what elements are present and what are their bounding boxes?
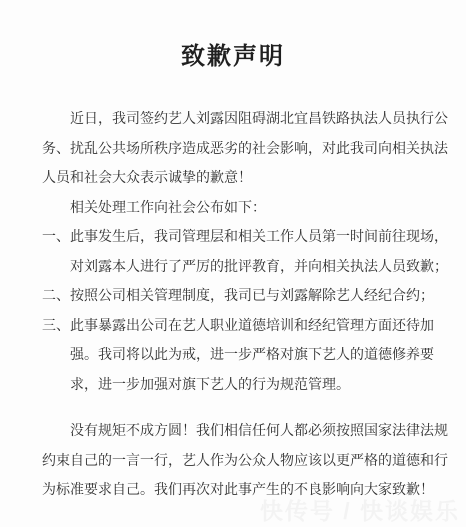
- document-title: 致歉声明: [0, 40, 466, 74]
- text-line: 强。我司将以此为戒，进一步严格对旗下艺人的道德修养要: [42, 340, 450, 370]
- text-line: 人员和社会大众表示诚挚的歉意！: [42, 163, 450, 193]
- paragraph: 没有规矩不成方圆！我们相信任何人都必须按照国家法律法规约束自己的一言一行，艺人作…: [42, 416, 450, 505]
- list-item: 一、此事发生后，我司管理层和相关工作人员第一时间前往现场，对刘露本人进行了严厉的…: [42, 222, 450, 281]
- text-line: 为标准要求自己。我们再次对此事产生的不良影响向大家致歉！: [42, 475, 450, 505]
- paragraph: 相关处理工作向社会公布如下：: [42, 193, 450, 223]
- list-item: 三、此事暴露出公司在艺人职业道德培训和经纪管理方面还待加强。我司将以此为戒，进一…: [42, 311, 450, 400]
- document-body: 近日，我司签约艺人刘露因阻碍湖北宜昌铁路执法人员执行公务、扰乱公共场所秩序造成恶…: [0, 104, 466, 505]
- text-line: 求，进一步加强对旗下艺人的行为规范管理。: [42, 370, 450, 400]
- text-line: 近日，我司签约艺人刘露因阻碍湖北宜昌铁路执法人员执行公: [42, 104, 450, 134]
- text-line: 一、此事发生后，我司管理层和相关工作人员第一时间前往现场，: [42, 222, 450, 252]
- text-line: 相关处理工作向社会公布如下：: [42, 193, 450, 223]
- text-line: 约束自己的一言一行，艺人作为公众人物应该以更严格的道德和行: [42, 446, 450, 476]
- text-line: 对刘露本人进行了严厉的批评教育，并向相关执法人员致歉；: [42, 252, 450, 282]
- text-line: 务、扰乱公共场所秩序造成恶劣的社会影响，对此我司向相关执法: [42, 134, 450, 164]
- paragraph: 近日，我司签约艺人刘露因阻碍湖北宜昌铁路执法人员执行公务、扰乱公共场所秩序造成恶…: [42, 104, 450, 193]
- text-line: 二、按照公司相关管理制度，我司已与刘露解除艺人经纪合约；: [42, 281, 450, 311]
- apology-statement-document: 致歉声明 近日，我司签约艺人刘露因阻碍湖北宜昌铁路执法人员执行公务、扰乱公共场所…: [0, 0, 466, 527]
- text-line: 三、此事暴露出公司在艺人职业道德培训和经纪管理方面还待加: [42, 311, 450, 341]
- list-item: 二、按照公司相关管理制度，我司已与刘露解除艺人经纪合约；: [42, 281, 450, 311]
- text-line: 没有规矩不成方圆！我们相信任何人都必须按照国家法律法规: [42, 416, 450, 446]
